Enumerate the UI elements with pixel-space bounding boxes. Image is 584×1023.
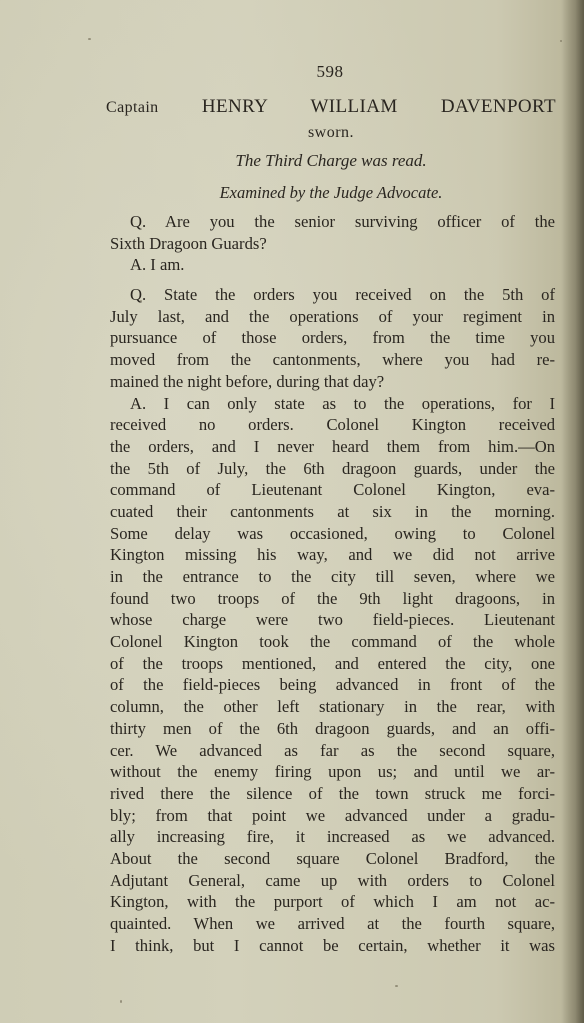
- text-line: ally increasing fire, it increased as we…: [110, 826, 555, 848]
- text-line: command of Lieutenant Colonel Kington, e…: [110, 479, 555, 501]
- page-number: 598: [0, 62, 584, 82]
- answer-1: A. I am.: [110, 254, 555, 276]
- text-line: quainted. When we arrived at the fourth …: [110, 913, 555, 935]
- text-line: moved from the cantonments, where you ha…: [110, 349, 555, 371]
- text-line: without the enemy firing upon us; and un…: [110, 761, 555, 783]
- text-line: Kington missing his way, and we did not …: [110, 544, 555, 566]
- text-line: cer. We advanced as far as the second sq…: [110, 740, 555, 762]
- question-1: Q. Are you the senior surviving officer …: [110, 211, 555, 254]
- paper-speck: [140, 300, 142, 302]
- paper-speck: [395, 985, 398, 987]
- text-line: mained the night before, during that day…: [110, 371, 555, 393]
- text-line: rived there the silence of the town stru…: [110, 783, 555, 805]
- text-line: in the entrance to the city till seven, …: [110, 566, 555, 588]
- paragraph-gap: [110, 276, 555, 284]
- text-line: Q. Are you the senior surviving officer …: [110, 211, 555, 233]
- witness-rank: Captain: [106, 99, 159, 116]
- sworn-label: sworn.: [106, 124, 556, 142]
- page-gutter-shadow: [562, 0, 584, 1023]
- question-2: Q. State the orders you received on the …: [110, 284, 555, 392]
- text-line: Adjutant General, came up with orders to…: [110, 870, 555, 892]
- text-line: A. I am.: [110, 254, 555, 276]
- paper-speck: [560, 40, 562, 42]
- text-line: Q. State the orders you received on the …: [110, 284, 555, 306]
- answer-2: A. I can only state as to the operations…: [110, 393, 555, 957]
- book-page: 598 Captain HENRY WILLIAM DAVENPORT swor…: [0, 0, 584, 1023]
- charge-note: The Third Charge was read.: [106, 151, 556, 171]
- text-line: Sixth Dragoon Guards?: [110, 233, 555, 255]
- witness-heading: Captain HENRY WILLIAM DAVENPORT: [106, 96, 556, 119]
- witness-name: HENRY WILLIAM DAVENPORT: [202, 96, 556, 117]
- testimony-body: Q. Are you the senior surviving officer …: [110, 211, 555, 956]
- text-line: Colonel Kington took the command of the …: [110, 631, 555, 653]
- text-line: A. I can only state as to the operations…: [110, 393, 555, 415]
- text-line: whose charge were two field-pieces. Lieu…: [110, 609, 555, 631]
- text-line: About the second square Colonel Bradford…: [110, 848, 555, 870]
- text-line: Some delay was occasioned, owing to Colo…: [110, 523, 555, 545]
- text-line: the orders, and I never heard them from …: [110, 436, 555, 458]
- text-line: I think, but I cannot be certain, whethe…: [110, 935, 555, 957]
- text-line: July last, and the operations of your re…: [110, 306, 555, 328]
- text-line: cuated their cantonments at six in the m…: [110, 501, 555, 523]
- text-line: received no orders. Colonel Kington rece…: [110, 414, 555, 436]
- text-line: of the field-pieces being advanced in fr…: [110, 674, 555, 696]
- text-line: Kington, with the purport of which I am …: [110, 891, 555, 913]
- text-line: the 5th of July, the 6th dragoon guards,…: [110, 458, 555, 480]
- text-line: column, the other left stationary in the…: [110, 696, 555, 718]
- text-line: found two troops of the 9th light dragoo…: [110, 588, 555, 610]
- text-line: bly; from that point we advanced under a…: [110, 805, 555, 827]
- text-line: of the troops mentioned, and entered the…: [110, 653, 555, 675]
- examined-note: Examined by the Judge Advocate.: [106, 183, 556, 203]
- text-line: thirty men of the 6th dragoon guards, an…: [110, 718, 555, 740]
- text-line: pursuance of those orders, from the time…: [110, 327, 555, 349]
- paper-speck: [88, 38, 91, 40]
- paper-speck: [120, 1000, 122, 1003]
